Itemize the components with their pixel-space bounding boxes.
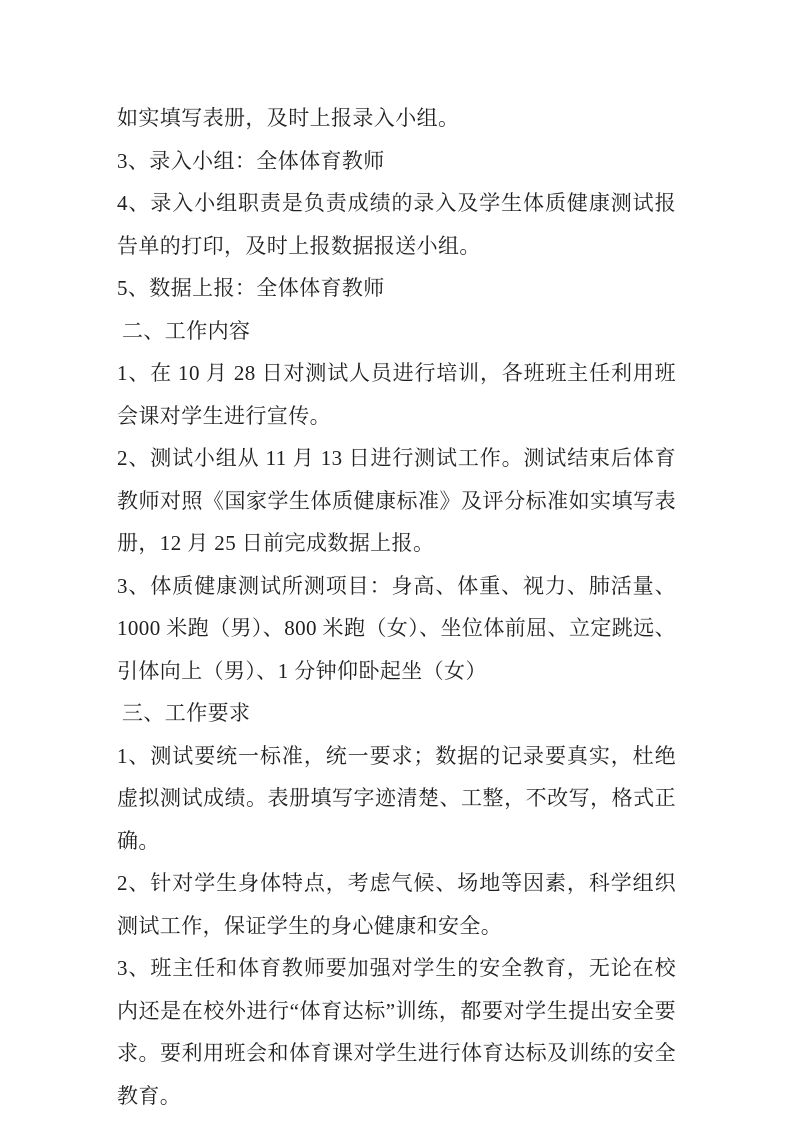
paragraph-entry-group-duty: 4、录入小组职责是负责成绩的录入及学生体质健康测试报告单的打印，及时上报数据报送… [117,182,676,267]
paragraph-training-and-publicity: 1、在 10 月 28 日对测试人员进行培训，各班班主任利用班会课对学生进行宣传… [117,352,676,437]
document-body: 如实填写表册，及时上报录入小组。 3、录入小组：全体体育教师 4、录入小组职责是… [117,97,676,1117]
paragraph-safety-education: 3、班主任和体育教师要加强对学生的安全教育，无论在校内还是在校外进行“体育达标”… [117,947,676,1117]
paragraph-test-items: 3、体质健康测试所测项目：身高、体重、视力、肺活量、1000 米跑（男）、800… [117,565,676,693]
paragraph-testing-schedule: 2、测试小组从 11 月 13 日进行测试工作。测试结束后体育教师对照《国家学生… [117,437,676,565]
document-page: 如实填写表册，及时上报录入小组。 3、录入小组：全体体育教师 4、录入小组职责是… [0,0,793,1122]
paragraph-fill-forms-report: 如实填写表册，及时上报录入小组。 [117,97,676,140]
paragraph-entry-group: 3、录入小组：全体体育教师 [117,140,676,183]
section-heading-work-content: 二、工作内容 [117,310,676,353]
section-heading-work-requirements: 三、工作要求 [117,692,676,735]
paragraph-data-report-group: 5、数据上报：全体体育教师 [117,267,676,310]
paragraph-student-conditions: 2、针对学生身体特点，考虑气候、场地等因素，科学组织测试工作，保证学生的身心健康… [117,862,676,947]
paragraph-unified-standards: 1、测试要统一标准，统一要求；数据的记录要真实，杜绝虚拟测试成绩。表册填写字迹清… [117,735,676,863]
